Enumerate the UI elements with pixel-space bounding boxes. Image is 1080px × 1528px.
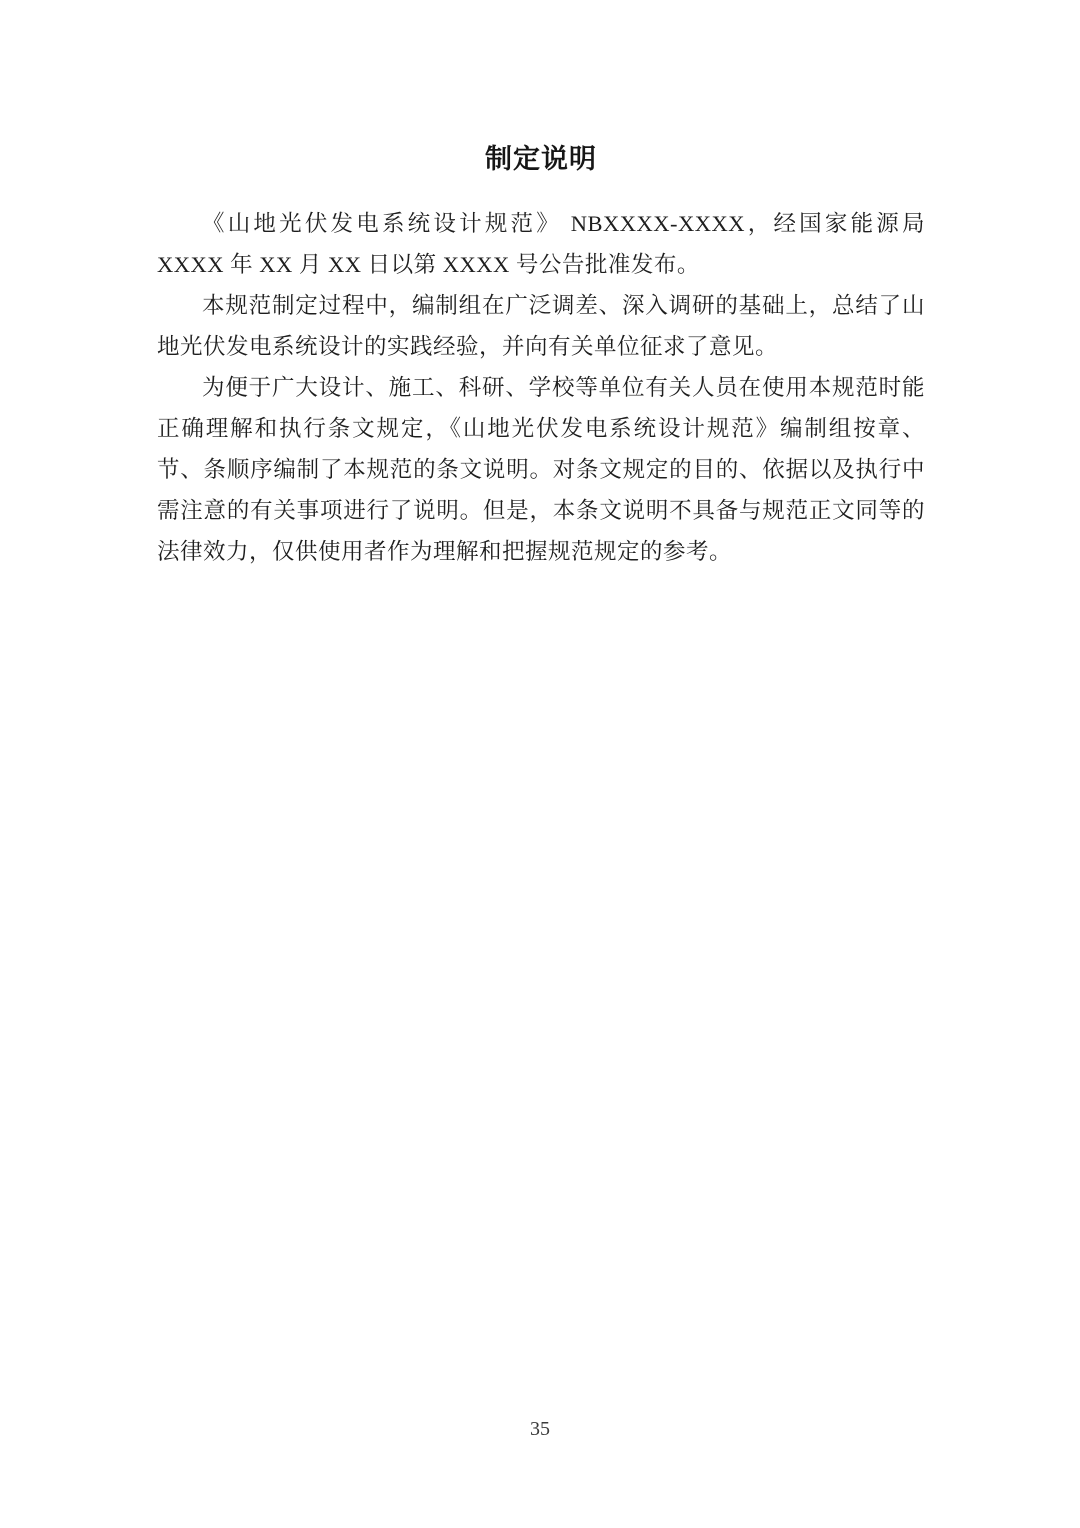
paragraph-drafting-process: 本规范制定过程中，编制组在广泛调差、深入调研的基础上，总结了山地光伏发电系统设计… [157, 285, 925, 367]
page-number: 35 [0, 1418, 1080, 1441]
document-body: 《山地光伏发电系统设计规范》 NBXXXX-XXXX，经国家能源局 XXXX 年… [157, 203, 925, 572]
page-title: 制定说明 [157, 143, 925, 177]
document-page: 制定说明 《山地光伏发电系统设计规范》 NBXXXX-XXXX，经国家能源局 X… [0, 0, 1080, 1528]
paragraph-usage-note: 为便于广大设计、施工、科研、学校等单位有关人员在使用本规范时能正确理解和执行条文… [157, 367, 925, 572]
paragraph-approval-statement: 《山地光伏发电系统设计规范》 NBXXXX-XXXX，经国家能源局 XXXX 年… [157, 203, 925, 285]
